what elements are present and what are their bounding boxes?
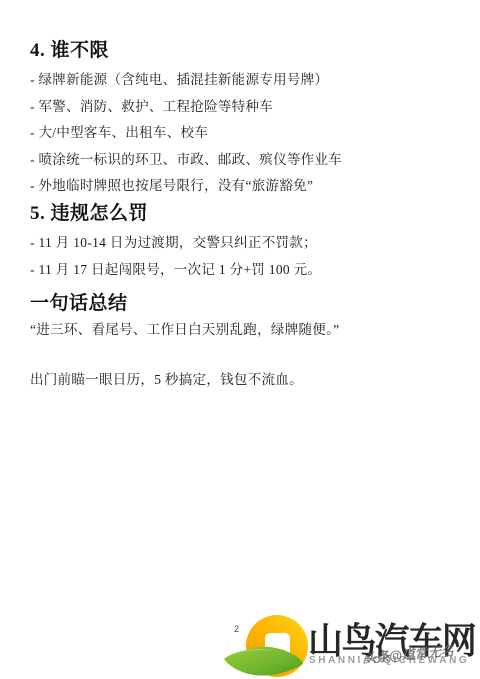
footer-logo-area: 2 bbox=[0, 600, 480, 679]
bullet-line: - 军警、消防、救护、工程抢险等特种车 bbox=[30, 99, 273, 115]
section-heading-summary: 一句话总结 bbox=[30, 294, 128, 315]
bullet-line: - 绿牌新能源（含纯电、插混挂新能源专用号牌） bbox=[30, 72, 328, 88]
bullet-line: - 大/中型客车、出租车、校车 bbox=[30, 125, 208, 141]
closing-line: 出门前瞄一眼日历，5 秒搞定，钱包不流血。 bbox=[30, 372, 303, 388]
bullet-line: - 11 月 10-14 日为过渡期，交警只纠正不罚款； bbox=[30, 235, 317, 251]
section-heading-who-exempt: 4. 谁不限 bbox=[30, 41, 109, 62]
document-page: 4. 谁不限 - 绿牌新能源（含纯电、插混挂新能源专用号牌） - 军警、消防、救… bbox=[0, 0, 480, 679]
bullet-line: - 11 月 17 日起闯限号，一次记 1 分+罚 100 元。 bbox=[30, 262, 321, 278]
section-heading-penalty: 5. 违规怎么罚 bbox=[30, 204, 148, 225]
bullet-line: - 外地临时牌照也按尾号限行，没有“旅游豁免” bbox=[30, 178, 313, 194]
summary-quote: “进三环、看尾号、工作日白天别乱跑，绿牌随便。” bbox=[30, 322, 339, 338]
sun-leaf-logo-icon bbox=[215, 614, 315, 679]
bullet-line: - 喷涂统一标识的环卫、市政、邮政、殡仪等作业车 bbox=[30, 152, 342, 168]
